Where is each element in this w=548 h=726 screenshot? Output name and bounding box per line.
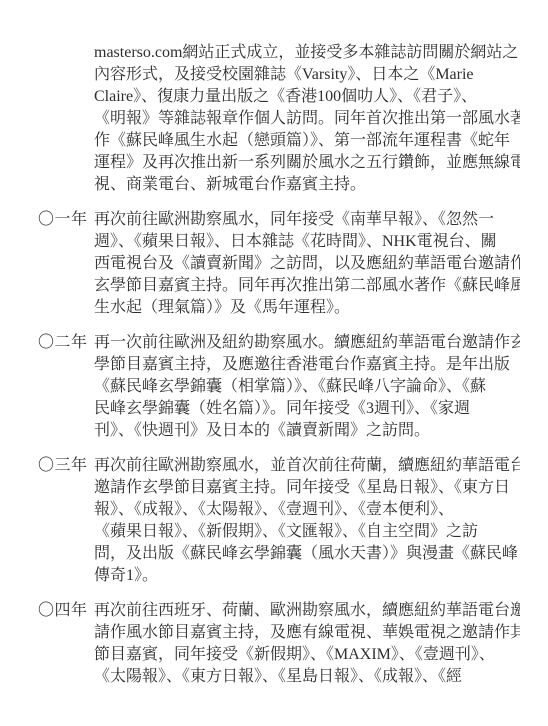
text-line: 週》、《蘋果日報》、日本雜誌《花時間》、NHK電視台、關 xyxy=(94,231,520,253)
text-line: Claire》、復康力量出版之《香港100個叻人》、《君子》、 xyxy=(94,86,520,108)
section-body: 再次前往歐洲勘察風水，並首次前往荷蘭，續應紐約華語電台 邀請作玄學節目嘉賓主持。… xyxy=(94,455,520,587)
text-line: 問，及出版《蘇民峰玄學錦囊（風水天書）》與漫畫《蘇民峰 xyxy=(94,543,520,565)
biography-section-year-01: 〇一年 再次前往歐洲勘察風水，同年接受《南華早報》、《忽然一 週》、《蘋果日報》… xyxy=(38,209,520,319)
text-line: 再次前往歐洲勘察風水，同年接受《南華早報》、《忽然一 xyxy=(94,209,520,231)
text-line: 作《蘇民峰風生水起（戀頭篇）》、第一部流年運程書《蛇年 xyxy=(94,130,520,152)
biography-section-intro: masterso.com網站正式成立，並接受多本雜誌訪問關於網站之 內容形式，及… xyxy=(38,42,520,196)
year-label: 〇二年 xyxy=(38,332,94,354)
text-line: 報》、《成報》、《太陽報》、《壹週刊》、《壹本便利》、 xyxy=(94,499,520,521)
text-line: 內容形式，及接受校園雜誌《Varsity》、日本之《Marie xyxy=(94,64,520,86)
biography-section-year-04: 〇四年 再次前往西班牙、荷蘭、歐洲勘察風水，續應紐約華語電台邀 請作風水節目嘉賓… xyxy=(38,600,520,688)
text-line: 運程》及再次推出新一系列關於風水之五行鑽飾，並應無線電 xyxy=(94,152,520,174)
text-line: 民峰玄學錦囊（姓名篇）》。同年接受《3週刊》、《家週 xyxy=(94,398,520,420)
biography-section-year-03: 〇三年 再次前往歐洲勘察風水，並首次前往荷蘭，續應紐約華語電台 邀請作玄學節目嘉… xyxy=(38,455,520,587)
section-body: 再次前往歐洲勘察風水，同年接受《南華早報》、《忽然一 週》、《蘋果日報》、日本雜… xyxy=(94,209,520,319)
text-line: 邀請作玄學節目嘉賓主持。同年接受《星島日報》、《東方日 xyxy=(94,477,520,499)
text-line: 刊》、《快週刊》及日本的《讀賣新聞》之訪問。 xyxy=(94,420,520,442)
section-body: 再次前往西班牙、荷蘭、歐洲勘察風水，續應紐約華語電台邀 請作風水節目嘉賓主持，及… xyxy=(94,600,520,688)
text-line: 《蘋果日報》、《新假期》、《文匯報》、《自主空間》之訪 xyxy=(94,521,520,543)
text-line: 視、商業電台、新城電台作嘉賓主持。 xyxy=(94,174,520,196)
section-body: 再一次前往歐洲及紐約勘察風水。續應紐約華語電台邀請作玄 學節目嘉賓主持，及應邀往… xyxy=(94,332,520,442)
text-line: 節目嘉賓，同年接受《新假期》、《MAXIM》、《壹週刊》、 xyxy=(94,644,520,666)
text-line: 《太陽報》、《東方日報》、《星島日報》、《成報》、《經 xyxy=(94,666,520,688)
text-line: 再次前往西班牙、荷蘭、歐洲勘察風水，續應紐約華語電台邀 xyxy=(94,600,520,622)
text-line: 再次前往歐洲勘察風水，並首次前往荷蘭，續應紐約華語電台 xyxy=(94,455,520,477)
text-line: 再一次前往歐洲及紐約勘察風水。續應紐約華語電台邀請作玄 xyxy=(94,332,520,354)
text-line: 生水起（理氣篇）》及《馬年運程》。 xyxy=(94,297,520,319)
text-line: 西電視台及《讀賣新聞》之訪問，以及應紐約華語電台邀請作 xyxy=(94,253,520,275)
text-line: masterso.com網站正式成立，並接受多本雜誌訪問關於網站之 xyxy=(94,42,520,64)
year-label: 〇一年 xyxy=(38,209,94,231)
document-page: masterso.com網站正式成立，並接受多本雜誌訪問關於網站之 內容形式，及… xyxy=(0,0,548,726)
section-body: masterso.com網站正式成立，並接受多本雜誌訪問關於網站之 內容形式，及… xyxy=(94,42,520,196)
year-label: 〇四年 xyxy=(38,600,94,622)
text-line: 傳奇1》。 xyxy=(94,565,520,587)
text-line: 請作風水節目嘉賓主持，及應有線電視、華娛電視之邀請作其 xyxy=(94,622,520,644)
text-line: 《明報》等雜誌報章作個人訪問。同年首次推出第一部風水著 xyxy=(94,108,520,130)
biography-section-year-02: 〇二年 再一次前往歐洲及紐約勘察風水。續應紐約華語電台邀請作玄 學節目嘉賓主持，… xyxy=(38,332,520,442)
year-label: 〇三年 xyxy=(38,455,94,477)
text-line: 《蘇民峰玄學錦囊（相掌篇）》、《蘇民峰八字論命》、《蘇 xyxy=(94,376,520,398)
text-line: 玄學節目嘉賓主持。同年再次推出第二部風水著作《蘇民峰風 xyxy=(94,275,520,297)
text-line: 學節目嘉賓主持，及應邀往香港電台作嘉賓主持。是年出版 xyxy=(94,354,520,376)
